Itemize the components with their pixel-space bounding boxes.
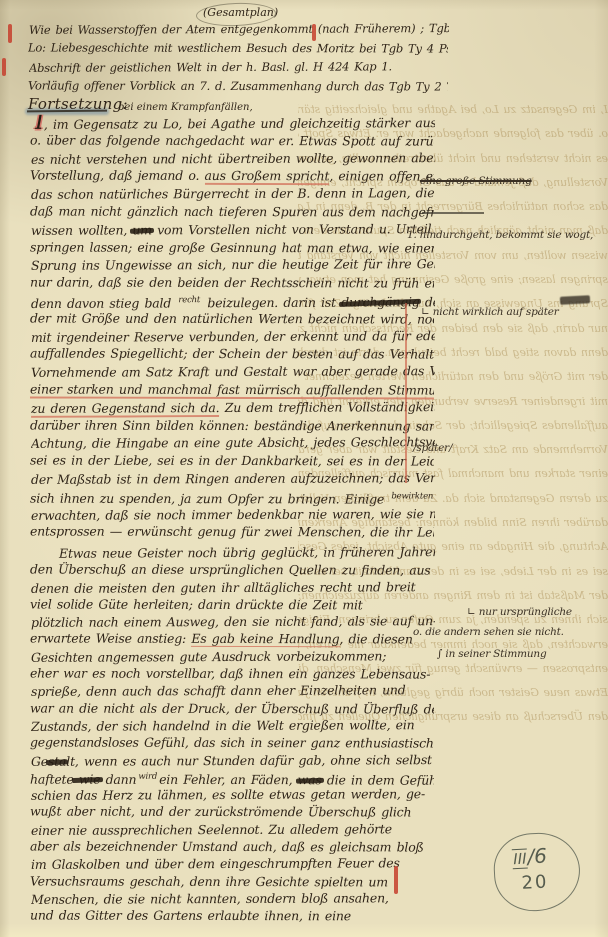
handwritten-line: Versuchsraums geschah, denn ihre Gesicht… [30,872,434,890]
handwritten-line: springen lassen; eine große Gesinnung ha… [30,238,434,257]
red-mark-bar [312,24,316,41]
handwritten-line: sprieße, denn auch das schafft dann eher… [31,681,435,700]
handwritten-line: Vorstellung, daß jemand o. aus Großem sp… [30,167,434,186]
handwritten-line: sei es in der Liebe, sei es in der Dankb… [30,452,434,471]
margin-strike-line [422,212,484,214]
red-mark-bar [394,866,398,894]
red-mark-bar [2,58,6,76]
handwritten-line: I, im Gegensatz zu Lo, bei Agathe und gl… [31,113,435,133]
margin-note: o. die andern sehen sie nicht. [413,626,564,638]
handwritten-line: Achtung, die Hingabe an eine gute Absich… [31,433,435,453]
page-number-stamp: III/6 20 [492,831,582,913]
roman-numeral: III [512,848,528,869]
margin-note: eine große Stimmung [420,175,532,187]
heading-suffix: bei einem Krampfanfällen, [118,102,253,113]
manuscript-scan: { "note": "Scan of a handwritten German … [0,0,608,937]
margin-note: ∟ nicht wirklich auf später [421,306,559,318]
handwritten-line: Vornehmende am Satz Kraft und Gestalt wa… [31,362,435,382]
handwritten-line: viel solide Güte herleiten; darin drückt… [30,595,434,613]
header-line: Lo: Liebesgeschichte mit westlichem Besu… [28,38,448,58]
handwritten-line: zu deren Gegenstand sich da. Zu dem tref… [31,398,435,418]
paragraph-1: I, im Gegensatz zu Lo, bei Agathe und gl… [30,114,434,541]
header-line: Wie bei Wasserstoffen der Atem entgegenk… [29,19,449,40]
handwritten-line: mit irgendeiner Reserve verbunden, der e… [31,327,435,347]
handwritten-line: eher war es noch vorstellbar, daß ihnen … [30,665,434,683]
section-heading: Fortsetzung: [28,95,128,113]
handwritten-line: einer nie aussprechlichen Seelennot. Zu … [31,820,435,839]
handwritten-line: war an die nicht als der Druck, der Über… [30,699,434,717]
handwritten-line: der mit Größe und den natürlichen Werten… [30,309,434,328]
margin-note: /später/ [413,442,452,454]
top-center-label: (Gesamtplan) [203,6,278,19]
handwritten-line: wissen wollten, um vom Vorstellen nicht … [31,220,435,240]
page-number-top: III/6 [512,843,548,869]
red-margin-line [405,303,407,483]
handwritten-line: Etwas neue Geister noch übrig geglückt, … [31,543,435,562]
handwritten-line: denn davon stieg bald recht beizulegen. … [31,291,435,311]
handwritten-line: und das Gitter des Gartens erlaubte ihne… [30,907,434,925]
handwritten-line: sich ihnen zu spenden, ja zum Opfer zu b… [30,487,434,506]
handwritten-line: auffallendes Spiegellicht; der Schein de… [30,345,434,364]
handwritten-line: darüber ihren Sinn bilden können: bestän… [30,416,434,435]
handwritten-line: wußt aber nicht, und der zurückströmende… [30,803,434,821]
handwritten-line: das schon natürliches Bürgerrecht in der… [31,184,435,204]
page-number-bottom: 20 [521,871,549,893]
handwritten-line: Sprung ins Ungewisse an sich, nur die he… [31,255,435,275]
handwritten-line: es nicht verstehen und nicht übertreiben… [31,149,435,169]
handwritten-line: o. über das folgende nachgedacht war er.… [30,131,434,150]
handwritten-line: nur darin, daß sie den beiden der Rechts… [30,274,434,293]
handwritten-line: erwachten, daß sie noch immer bedenkbar … [31,505,435,525]
handwritten-line: Gesichten angemessen gute Ausdruck vorbe… [31,647,435,666]
handwritten-line: einer starken und manchmal fast mürrisch… [30,380,434,399]
handwritten-line: der Maßstab ist in dem Ringen anderen au… [31,469,435,489]
handwritten-line: plötzlich nach einem Ausweg, den sie nic… [31,612,435,631]
margin-note: ∟ nur ursprüngliche [467,606,572,618]
handwritten-line: Gestalt, wenn es auch nur Stunden dafür … [31,751,435,770]
header-line: Abschrift der geistlichen Welt in der h.… [29,57,449,78]
margin-note: 1. hindurchgeht, bekommt sie wogt, [407,229,593,241]
handwritten-line: Zustands, der sich handelnd in die Welt … [31,716,435,735]
paragraph-2: Etwas neue Geister noch übrig geglückt, … [30,544,434,925]
handwritten-line: schien das Herz zu lähmen, es sollte etw… [31,785,435,804]
handwritten-line: den Überschuß an diese ursprünglichen Qu… [30,561,434,579]
handwritten-line: Menschen, die sie nicht kannten, sondern… [31,889,435,908]
margin-note: ∫ in seiner Stimmung [437,648,547,660]
handwritten-line: haftete wie dannwirdein Fehler, an Fäden… [30,768,434,786]
header-line: Vorläufig offener Vorblick an 7. d. Zusa… [28,76,448,96]
handwritten-line: denen die meisten den guten ihr alltägli… [31,578,435,597]
struck-out-word-smudge [560,295,590,305]
header-reference-block: Wie bei Wasserstoffen der Atem entgegenk… [28,20,448,96]
handwritten-line: entsprossen — erwünscht genug für zwei M… [30,523,434,542]
handwritten-line: daß man nicht gänzlich nach tieferen Spu… [30,202,434,221]
handwritten-line: erwartete Weise anstieg: Es gab keine Ha… [30,630,434,648]
handwritten-line: gegenstandsloses Gefühl, das sich in sei… [30,734,434,752]
red-mark-bar [8,24,12,43]
handwritten-line: im Glaskolben und über dem eingeschrumpf… [31,854,435,873]
handwritten-line: aber als bezeichnender Umstand auch, daß… [30,838,434,856]
